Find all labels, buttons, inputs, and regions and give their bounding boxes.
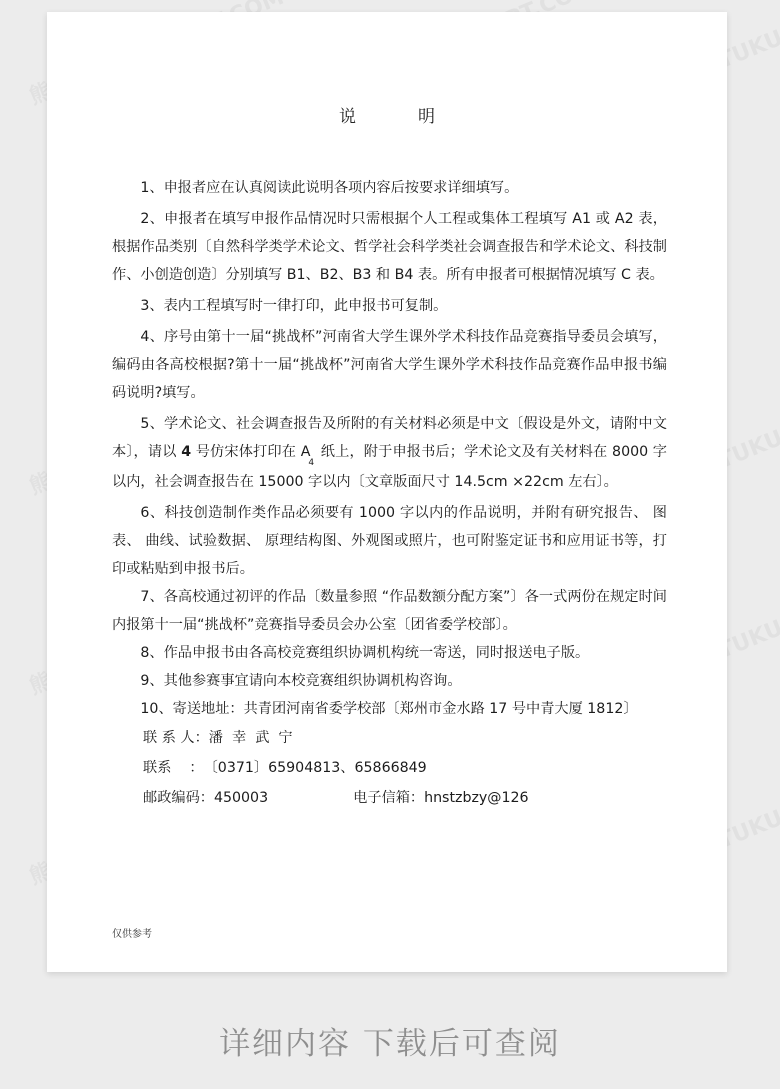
contact-postcode-email: 邮政编码： 450003 电子信箱： hnstzbzy@126 bbox=[143, 783, 667, 813]
paragraph-10-address: 10、寄送地址：共青团河南省委学校部〔郑州市金水路 17 号中青大厦 1812〕 bbox=[112, 695, 667, 723]
paragraph-1: 1、申报者应在认真阅读此说明各项内容后按要求详细填写。 bbox=[112, 174, 667, 202]
paragraph-6: 6、科技创造制作类作品必须要有 1000 字以内的作品说明，并附有研究报告、 图… bbox=[112, 499, 667, 583]
document-page: 说明 1、申报者应在认真阅读此说明各项内容后按要求详细填写。 2、申报者在填写申… bbox=[47, 12, 727, 972]
reference-note: 仅供参考 bbox=[112, 925, 152, 940]
paragraph-8: 8、作品申报书由各高校竞赛组织协调机构统一寄送，同时报送电子版。 bbox=[112, 639, 667, 667]
paragraph-3: 3、表内工程填写时一律打印，此申报书可复制。 bbox=[112, 292, 667, 320]
title-char-1: 说 bbox=[339, 102, 356, 127]
contact-phone: 联系 ： 〔0371〕65904813、65866849 bbox=[143, 753, 667, 783]
paragraph-5: 5、学术论文、社会调查报告及所附的有关材料必须是中文〔假设是外文，请附中文本〕，… bbox=[112, 410, 667, 496]
contact-block: 联 系 人： 潘 幸 武 宁 联系 ： 〔0371〕65904813、65866… bbox=[112, 723, 667, 813]
title-char-2: 明 bbox=[418, 102, 435, 127]
document-body: 1、申报者应在认真阅读此说明各项内容后按要求详细填写。 2、申报者在填写申报作品… bbox=[112, 174, 667, 813]
download-caption: 详细内容 下载后可查阅 bbox=[0, 1018, 780, 1063]
paragraph-2: 2、申报者在填写申报作品情况时只需根据个人工程或集体工程填写 A1 或 A2 表… bbox=[112, 205, 667, 289]
paragraph-4: 4、序号由第十一届“挑战杯”河南省大学生课外学术科技作品竞赛指导委员会填写，编码… bbox=[112, 323, 667, 407]
paragraph-9: 9、其他参赛事宜请向本校竞赛组织协调机构咨询。 bbox=[112, 667, 667, 695]
page-title: 说明 bbox=[47, 102, 727, 127]
paragraph-7: 7、各高校通过初评的作品〔数量参照 “作品数额分配方案”〕各一式两份在规定时间内… bbox=[112, 583, 667, 639]
contact-person: 联 系 人： 潘 幸 武 宁 bbox=[143, 723, 667, 753]
